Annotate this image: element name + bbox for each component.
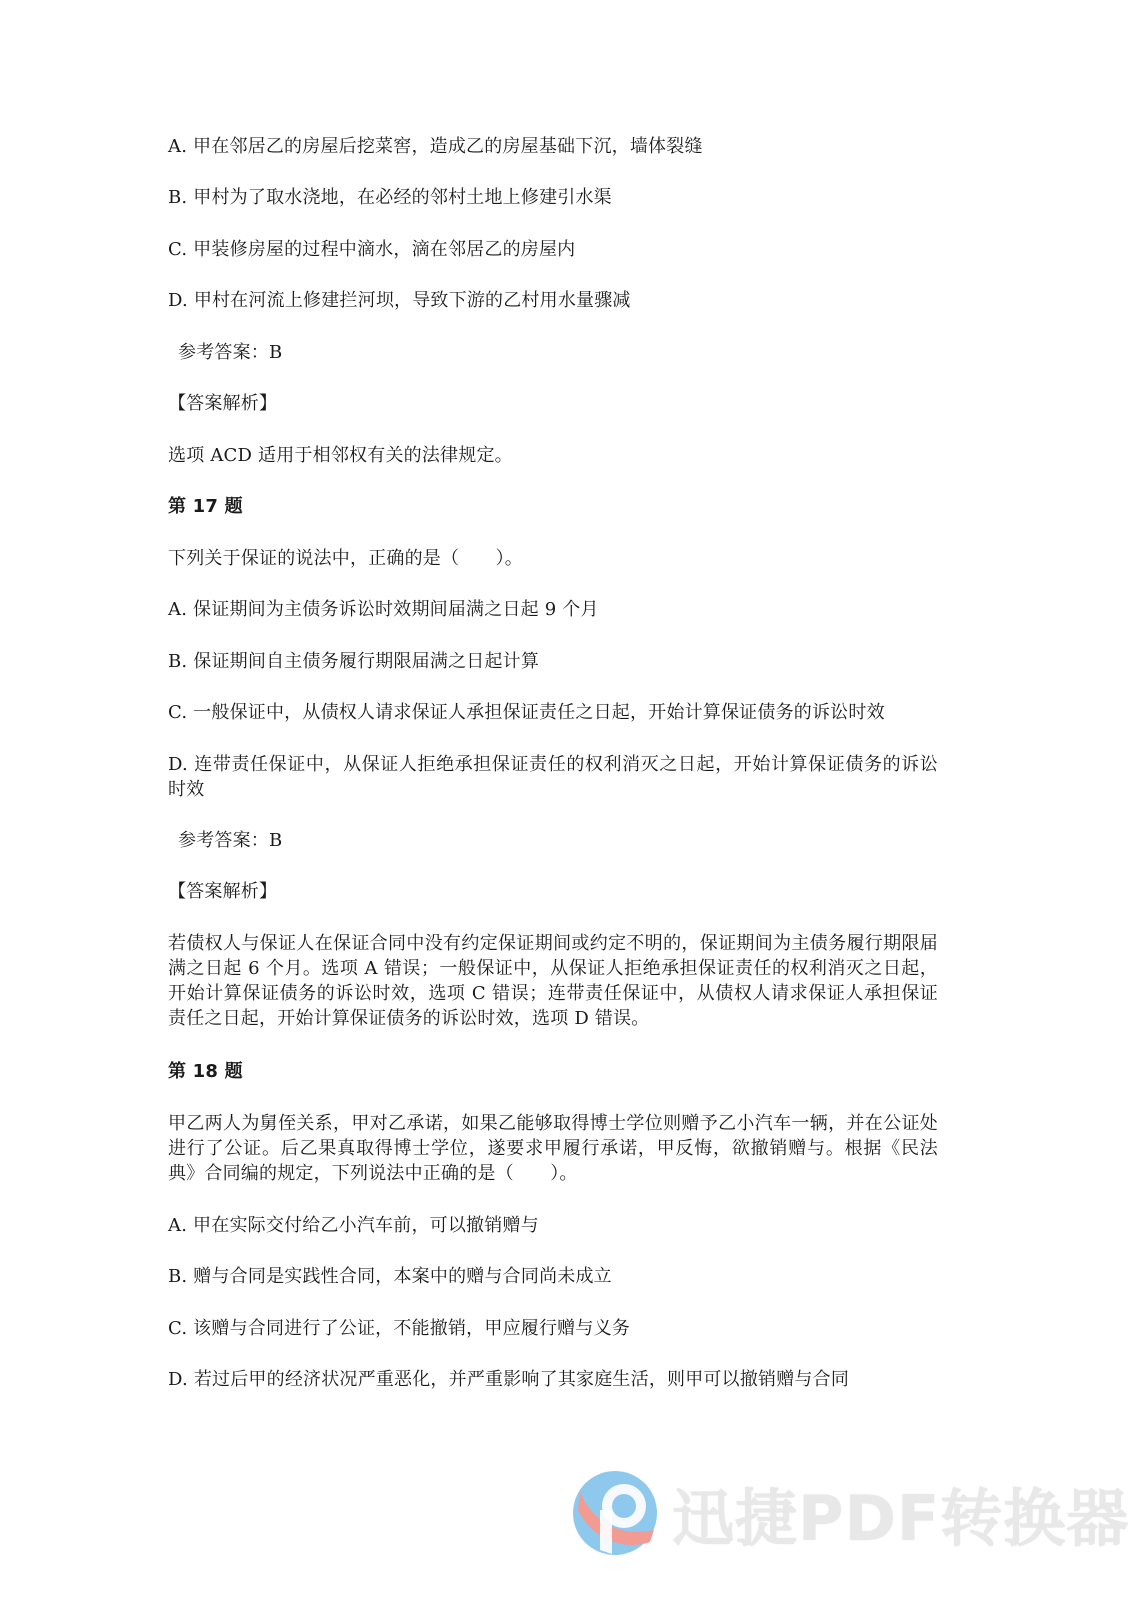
document-page: A. 甲在邻居乙的房屋后挖菜窖，造成乙的房屋基础下沉，墙体裂缝 B. 甲村为了取… bbox=[0, 0, 1131, 1600]
q17-option-b: B. 保证期间自主债务履行期限届满之日起计算 bbox=[168, 650, 539, 674]
q18-title: 第 18 题 bbox=[168, 1060, 243, 1084]
q18-stem: 甲乙两人为舅侄关系，甲对乙承诺，如果乙能够取得博士学位则赠予乙小汽车一辆，并在公… bbox=[168, 1111, 938, 1186]
q16-analysis: 选项 ACD 适用于相邻权有关的法律规定。 bbox=[168, 444, 513, 468]
q17-option-c: C. 一般保证中，从债权人请求保证人承担保证责任之日起，开始计算保证债务的诉讼时… bbox=[168, 701, 885, 725]
q18-option-a: A. 甲在实际交付给乙小汽车前，可以撤销赠与 bbox=[168, 1214, 539, 1238]
q17-stem: 下列关于保证的说法中，正确的是（ ）。 bbox=[168, 547, 523, 571]
q18-option-d: D. 若过后甲的经济状况严重恶化，并严重影响了其家庭生活，则甲可以撤销赠与合同 bbox=[168, 1368, 849, 1392]
q16-option-c: C. 甲装修房屋的过程中滴水，滴在邻居乙的房屋内 bbox=[168, 238, 575, 262]
q17-analysis: 若债权人与保证人在保证合同中没有约定保证期间或约定不明的，保证期间为主债务履行期… bbox=[168, 931, 938, 1031]
q17-option-d: D. 连带责任保证中，从保证人拒绝承担保证责任的权利消灭之日起，开始计算保证债务… bbox=[168, 752, 938, 802]
q17-analysis-heading: 【答案解析】 bbox=[168, 880, 277, 904]
q18-option-b: B. 赠与合同是实践性合同，本案中的赠与合同尚未成立 bbox=[168, 1265, 612, 1289]
q16-answer: 参考答案：B bbox=[178, 341, 282, 365]
q17-option-a: A. 保证期间为主债务诉讼时效期间届满之日起 9 个月 bbox=[168, 598, 599, 622]
q16-option-d: D. 甲村在河流上修建拦河坝，导致下游的乙村用水量骤减 bbox=[168, 289, 631, 313]
q18-option-c: C. 该赠与合同进行了公证，不能撤销，甲应履行赠与义务 bbox=[168, 1317, 630, 1341]
watermark: 迅捷PDF转换器 bbox=[572, 1458, 1129, 1568]
q16-option-b: B. 甲村为了取水浇地，在必经的邻村土地上修建引水渠 bbox=[168, 186, 612, 210]
pdf-converter-logo-icon bbox=[572, 1470, 658, 1556]
q17-answer: 参考答案：B bbox=[178, 829, 282, 853]
watermark-text: 迅捷PDF转换器 bbox=[672, 1469, 1129, 1558]
q16-analysis-heading: 【答案解析】 bbox=[168, 392, 277, 416]
q17-title: 第 17 题 bbox=[168, 495, 243, 519]
q16-option-a: A. 甲在邻居乙的房屋后挖菜窖，造成乙的房屋基础下沉，墙体裂缝 bbox=[168, 135, 703, 159]
